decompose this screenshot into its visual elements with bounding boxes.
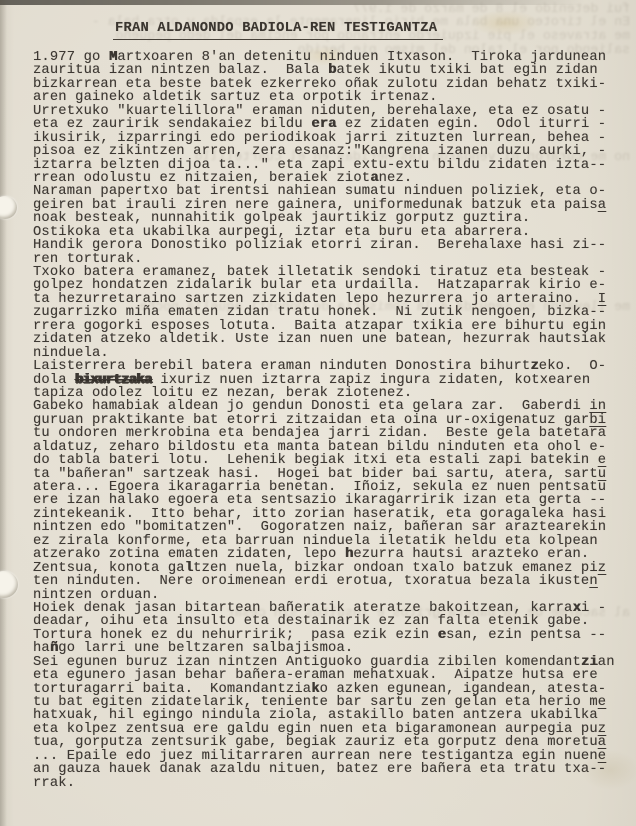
punch-hole	[0, 571, 18, 598]
typed-line: iztarra belzten dijoa ta..." eta zapi ex…	[33, 159, 619, 172]
typed-line: ere izan halako egoera eta sentsazio ika…	[33, 494, 619, 507]
overstruck-text: h	[345, 547, 353, 562]
typed-line: hañgo larri une beltzaren salbajismoa.	[33, 642, 619, 655]
paper-stain	[470, 10, 540, 36]
typed-line: torturagarri baita. Komandantziako azken…	[33, 683, 619, 696]
overstruck-text: e	[438, 628, 446, 643]
typed-line: noak besteak, nunnahitik golpeak jaurtik…	[33, 212, 619, 225]
typed-line: atzerako zotina ematen zidaten, lepo hez…	[33, 548, 619, 561]
underlined-text: n	[589, 574, 597, 589]
typed-line: tua, gorputza zentsurik gabe, begiak zau…	[33, 736, 619, 749]
underlined-text: z	[598, 561, 606, 576]
typed-line: deadar, oihu eta insulto eta destainarik…	[33, 615, 619, 628]
typed-line: an gauza hauek danak azaldu nituen, bate…	[33, 763, 619, 776]
scan-edge-left	[0, 0, 7, 826]
typed-line: zidaten atzeko aldetik. Uste izan nuen u…	[33, 333, 619, 346]
typed-line: Naraman papertxo bat irentsi nahiean sum…	[33, 185, 619, 198]
typed-line: Handik gerora Donostiko poliziak etorri …	[33, 239, 619, 252]
scan-edge-top	[0, 0, 636, 5]
typed-line: hatxuak, hil egingo nindula ziola, astak…	[33, 709, 619, 722]
overstruck-text: ñ	[50, 641, 58, 656]
underlined-text: a	[598, 198, 606, 213]
typed-line: zauritua izan nintzen balaz. Bala batek …	[33, 64, 619, 77]
typed-line: Laisterrera berebil batera eraman nindut…	[33, 360, 619, 373]
typed-line: do tabla bateri lotu. Lehenik begiak itx…	[33, 454, 619, 467]
typed-line: tu ondoren merkrobina eta bendajea jarri…	[33, 427, 619, 440]
typed-line: ren torturak.	[33, 253, 619, 266]
typed-line: Gabeko hamabiak aldean jo gendun Donosti…	[33, 400, 619, 413]
typed-line: ta "bañeran" sartzeak hasi. Hogei bat bi…	[33, 468, 619, 481]
typewritten-body: 1.977 go Martxoaren 8'an detenitu nindue…	[33, 51, 619, 790]
underlined-text: e	[598, 695, 606, 710]
typed-line: zugarrizko miña ematen zidan tratu honek…	[33, 306, 619, 319]
typed-line: nintzen orduan.	[33, 589, 619, 602]
typed-line: dola bixurtzaka ixuriz nuen iztarra zapi…	[33, 374, 619, 387]
typed-line: ten ninduten. Nere oroimenean erdi erotu…	[33, 575, 619, 588]
page-title: FRAN ALDANONDO BADIOLA-REN TESTIGANTZA	[113, 21, 443, 40]
typed-line: rrak.	[33, 777, 619, 790]
typed-line: pisoa ez zikintzen arren, zera esanaz:"K…	[33, 145, 619, 158]
typed-line: golpez hondatzen zidalarik bular eta urd…	[33, 279, 619, 292]
typed-line: nintzen edo "bomitatzen". Gogoratzen nai…	[33, 521, 619, 534]
punch-hole	[0, 196, 17, 219]
overstruck-text: era	[311, 117, 336, 132]
typed-line: aren gaineko aldetik sartuz eta orpotik …	[33, 91, 619, 104]
typed-line: eta egunero jasan behar bañera-eraman me…	[33, 669, 619, 682]
typed-line: eta ez zauririk sendakaiez bildu era ez …	[33, 118, 619, 131]
scanned-document-page: fui detenido el 8 de marzo de 1.977En el…	[0, 0, 636, 826]
overstruck-text: z	[530, 359, 538, 374]
